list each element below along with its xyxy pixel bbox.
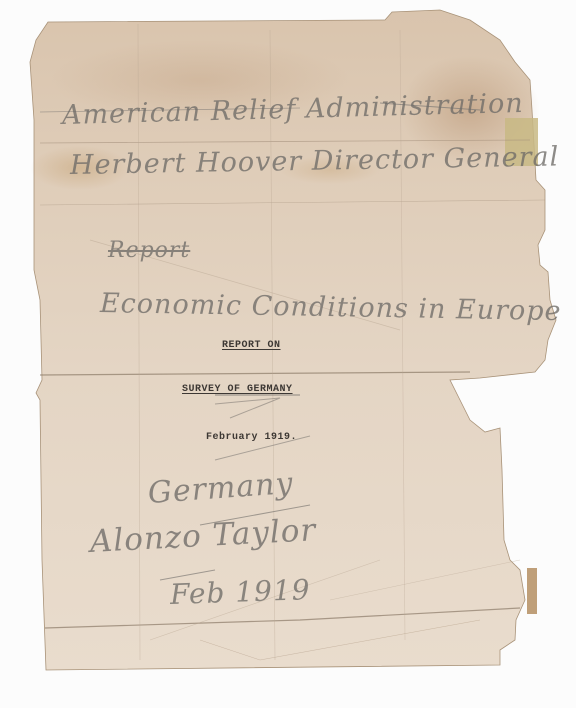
handwritten-struck-word: Report [108,238,190,263]
typed-date: February 1919. [206,432,297,443]
typed-heading-report: REPORT ON [222,340,281,351]
handwritten-date: Feb 1919 [169,573,311,611]
typed-heading-survey: SURVEY OF GERMANY [182,384,293,395]
